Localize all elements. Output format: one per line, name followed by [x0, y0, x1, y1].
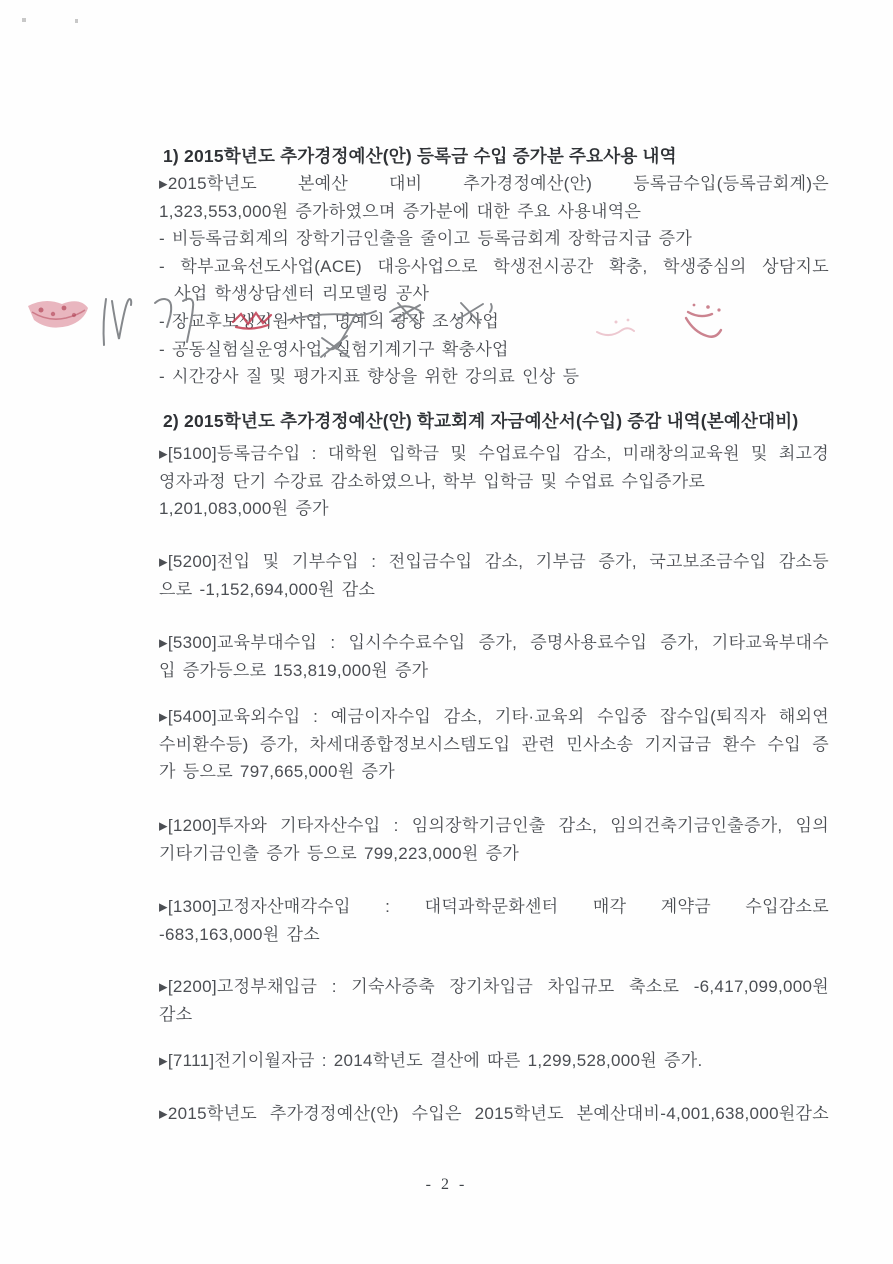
text-line: 1,323,553,000원 증가하였으며 증가분에 대한 주요 사용내역은 [159, 198, 829, 226]
paragraph-2200-fixed-debt-income: ▸[2200]고정부채입금 : 기숙사증축 장기차입금 차입규모 축소로 -6,… [159, 973, 829, 1028]
text-line: - 학부교육선도사업(ACE) 대응사업으로 학생전시공간 확충, 학생중심의 … [159, 253, 829, 281]
paragraph-1300-fixed-asset-sale-income: ▸[1300]고정자산매각수입 : 대덕과학문화센터 매각 계약금 수입감소로-… [159, 893, 829, 948]
paragraph-1200-investment-asset-income: ▸[1200]투자와 기타자산수입 : 임의장학기금인출 감소, 임의건축기금인… [159, 812, 829, 867]
text-line: ▸[5200]전입 및 기부수입 : 전입금수입 감소, 기부금 증가, 국고보… [159, 548, 829, 576]
section-1-heading: 1) 2015학년도 추가경정예산(안) 등록금 수입 증가분 주요사용 내역 [163, 143, 677, 168]
text-line: 영자과정 단기 수강료 감소하였으나, 학부 입학금 및 수업료 수입증가로 [159, 468, 829, 496]
text-line: ▸[5400]교육외수입 : 예금이자수입 감소, 기타·교육외 수입중 잡수입… [159, 703, 829, 731]
paragraph-total-summary: ▸2015학년도 추가경정예산(안) 수입은 2015학년도 본예산대비-4,0… [159, 1100, 829, 1128]
scan-speck [22, 18, 26, 22]
section-2-heading: 2) 2015학년도 추가경정예산(안) 학교회계 자금예산서(수입) 증감 내… [163, 408, 798, 433]
scan-speck [75, 19, 78, 23]
text-line: ▸2015학년도 추가경정예산(안) 수입은 2015학년도 본예산대비-4,0… [159, 1100, 829, 1128]
text-line: 가 등으로 797,665,000원 증가 [159, 758, 829, 786]
paragraph-5200-transfer-donation-income: ▸[5200]전입 및 기부수입 : 전입금수입 감소, 기부금 증가, 국고보… [159, 548, 829, 603]
paragraph-7111-carryover-funds: ▸[7111]전기이월자금 : 2014학년도 결산에 따른 1,299,528… [159, 1047, 829, 1075]
page-number: - 2 - [0, 1176, 893, 1194]
text-line: 입 증가등으로 153,819,000원 증가 [159, 657, 829, 685]
text-line: 1,201,083,000원 증가 [159, 495, 829, 523]
text-line: 감소 [159, 1001, 829, 1029]
text-line: - 장교후보생지원사업, 명예의 광장 조성사업 [159, 308, 829, 336]
text-line: ▸[5100]등록금수입 : 대학원 입학금 및 수업료수입 감소, 미래창의교… [159, 440, 829, 468]
text-line: 사업 학생상담센터 리모델링 공사 [159, 280, 829, 308]
paragraph-5400-non-education-income: ▸[5400]교육외수입 : 예금이자수입 감소, 기타·교육외 수입중 잡수입… [159, 703, 829, 786]
scanned-document-page: 1) 2015학년도 추가경정예산(안) 등록금 수입 증가분 주요사용 내역 … [0, 0, 893, 1264]
paragraph-5300-education-incidental-income: ▸[5300]교육부대수입 : 입시수수료수입 증가, 증명사용료수입 증가, … [159, 629, 829, 684]
text-line: ▸[2200]고정부채입금 : 기숙사증축 장기차입금 차입규모 축소로 -6,… [159, 973, 829, 1001]
text-line: ▸[1300]고정자산매각수입 : 대덕과학문화센터 매각 계약금 수입감소로 [159, 893, 829, 921]
text-line: 수비환수등) 증가, 차세대종합정보시스템도입 관련 민사소송 기지급금 환수 … [159, 731, 829, 759]
text-line: -683,163,000원 감소 [159, 921, 829, 949]
text-line: 기타기금인출 증가 등으로 799,223,000원 증가 [159, 840, 829, 868]
text-line: ▸[7111]전기이월자금 : 2014학년도 결산에 따른 1,299,528… [159, 1047, 829, 1075]
text-line: ▸[5300]교육부대수입 : 입시수수료수입 증가, 증명사용료수입 증가, … [159, 629, 829, 657]
red-stamp-left-icon [28, 301, 88, 328]
text-line: ▸[1200]투자와 기타자산수입 : 임의장학기금인출 감소, 임의건축기금인… [159, 812, 829, 840]
text-line: - 비등록금회계의 장학기금인출을 줄이고 등록금회계 장학금지급 증가 [159, 225, 829, 253]
text-line: ▸2015학년도 본예산 대비 추가경정예산(안) 등록금수입(등록금회계)은 [159, 170, 829, 198]
section-1-body: ▸2015학년도 본예산 대비 추가경정예산(안) 등록금수입(등록금회계)은1… [159, 170, 829, 391]
text-line: 으로 -1,152,694,000원 감소 [159, 576, 829, 604]
paragraph-5100-tuition-income: ▸[5100]등록금수입 : 대학원 입학금 및 수업료수입 감소, 미래창의교… [159, 440, 829, 523]
text-line: - 공동실험실운영사업, 실험기계기구 확충사업 [159, 336, 829, 364]
text-line: - 시간강사 질 및 평가지표 향상을 위한 강의료 인상 등 [159, 363, 829, 391]
